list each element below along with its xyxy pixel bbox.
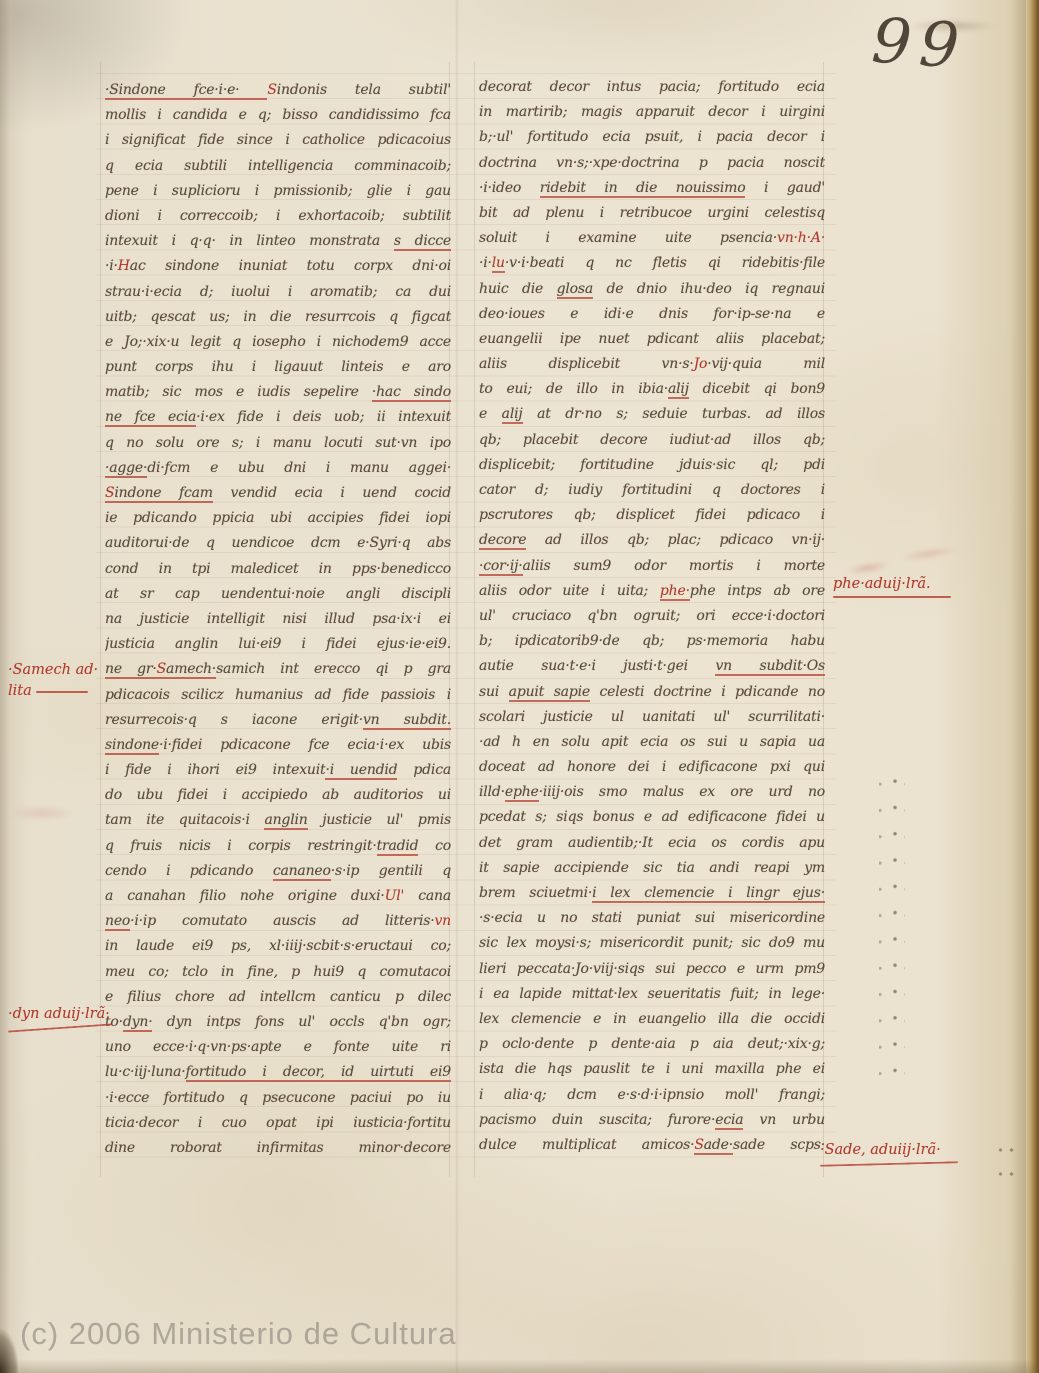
rubric-dash <box>36 691 88 693</box>
ink-text: ·vij·quia mil <box>707 356 825 372</box>
ink-text: ·s·ecia u no stati puniat sui misericord… <box>479 910 825 926</box>
column-rule-mid-b <box>474 62 475 1177</box>
ink-text: p oclo·dente p dente·aia p aia deut;·xix… <box>479 1036 825 1052</box>
ink-text: ·v·i·beati q nc fletis qi ridebitis·file <box>505 255 825 271</box>
ink-text: ticia·decor i cuo opat ipi iusticia·fort… <box>105 1115 451 1131</box>
margin-note-sade: ·Sade, aduiij·lrã· <box>820 1140 970 1165</box>
manuscript-text-line: det gram audientib;·It ecia os cordis ap… <box>479 831 825 856</box>
manuscript-text-line: pacismo duin suscita; furore·ecia vn urb… <box>479 1108 825 1133</box>
ink-text: autie sua·t·e·i justi·t·gei <box>479 658 715 674</box>
manuscript-text-line: b;·ul' fortitudo ecia psuit, i pacia dec… <box>479 125 825 150</box>
ink-text: alij <box>502 406 523 424</box>
ink-text: aliis odor uite i uita; <box>479 583 660 599</box>
ink-text: i gaud' <box>745 180 825 196</box>
manuscript-text-line: ·cor·ij·aliis sum9 odor mortis i morte <box>479 554 825 579</box>
ink-text: do ubu fidei i accipiedo ab auditorios u… <box>105 787 451 803</box>
manuscript-text-line: sic lex moysi·s; misericordit punit; sic… <box>479 931 825 956</box>
manuscript-text-line: decorat decor intus pacia; fortitudo eci… <box>479 75 825 100</box>
rubric-text: lu <box>492 255 505 273</box>
ink-text: ephe <box>505 784 539 802</box>
manuscript-text-line: b; ipdicatorib9·de qb; ps·memoria habu <box>479 629 825 654</box>
margin-note-samech-line2: lita <box>8 681 108 702</box>
rubric-text: phe· <box>660 583 690 601</box>
manuscript-text-line: q ecia subtili intelligencia comminacoib… <box>105 154 451 179</box>
manuscript-text-line: brem sciuetmi·i lex clemencie i lingr ej… <box>479 881 825 906</box>
manuscript-text-line: resurrecois·q s iacone erigit·vn subdit. <box>105 708 451 733</box>
ink-text: auditorui·de q uendicoe dcm e·Syri·q abs <box>105 535 451 551</box>
ink-text: i ea lapide mittat·lex seueritatis fuit;… <box>479 986 825 1002</box>
manuscript-text-line: pscrutores qb; displicet fidei pdicaco i <box>479 503 825 528</box>
ink-text: ·iiij·ois smo malus ex ore urd no <box>539 784 825 800</box>
manuscript-text-line: in martirib; magis apparuit decor i uirg… <box>479 100 825 125</box>
rubric-underline <box>833 596 951 598</box>
manuscript-text-line: at sr cap uendentui·noie angli discipli <box>105 582 451 607</box>
ink-text: ridebit in die nouissimo <box>540 180 746 198</box>
manuscript-text-line: ticia·decor i cuo opat ipi iusticia·fort… <box>105 1111 451 1136</box>
ink-text: de dnio ihu·deo iq regnaui <box>593 281 825 297</box>
manuscript-scan: { "page": { "folio_number": "99", "water… <box>0 0 1039 1373</box>
manuscript-text-line: e Jo;·xix·u legit q iosepho i nichodem9 … <box>105 330 451 355</box>
text-column-2: decorat decor intus pacia; fortitudo eci… <box>479 75 825 1158</box>
ink-text: q fruis nicis i corpis restringit· <box>105 838 377 854</box>
manuscript-text-line: ista die hqs pauslit te i uni maxilla ph… <box>479 1057 825 1082</box>
manuscript-text-line: scolari justicie ul uanitati ul' scurril… <box>479 705 825 730</box>
ink-text: cator d; iudiy fortitudini q doctores i <box>479 482 825 498</box>
prick-marks <box>879 764 905 1082</box>
ink-text: at dr·no s; seduie turbas. ad illos <box>523 406 825 422</box>
ink-text: justicia anglin lui·ei9 i fidei ejus·ie·… <box>105 636 451 652</box>
margin-note-phe: phe·aduij·lrã. <box>833 574 973 598</box>
manuscript-text-line: p oclo·dente p dente·aia p aia deut;·xix… <box>479 1032 825 1057</box>
ink-text: pdicacois scilicz humanius ad fide passi… <box>105 687 451 703</box>
ink-text: glosa <box>557 281 593 299</box>
folio-number: 99 <box>870 4 1005 86</box>
ink-text: ·i·ideo <box>479 180 540 196</box>
ink-text: dulce multiplicat amicos· <box>479 1137 694 1153</box>
ink-text: ·i·ip comutato auscis ad litteris· <box>130 913 434 929</box>
ink-text: neo <box>105 913 130 931</box>
manuscript-text-line: neo·i·ip comutato auscis ad litteris·vn <box>105 909 451 934</box>
manuscript-text-line: dine roborat infirmitas minor·decore <box>105 1136 451 1161</box>
book-edge <box>1026 0 1039 1373</box>
manuscript-text-line: e alij at dr·no s; seduie turbas. ad ill… <box>479 402 825 427</box>
ink-text: co <box>418 838 451 854</box>
manuscript-text-line: lex clemencie e in euangelio illa die oc… <box>479 1007 825 1032</box>
copyright-watermark: (c) 2006 Ministerio de Cultura <box>20 1316 457 1352</box>
ink-text: tradid <box>377 838 419 856</box>
ink-text: dyn intps fons ul' occls q'bn ogr; <box>152 1014 451 1030</box>
rubric-text: vn <box>434 913 451 929</box>
ink-text: indonis tela subtil' <box>277 82 451 98</box>
manuscript-text-line: in laude ei9 ps, xl·iiij·scbit·s·eructau… <box>105 934 451 959</box>
manuscript-text-line: cond in tpi maledicet in pps·benedicco <box>105 557 451 582</box>
manuscript-text-line: doceat ad honore dei i edificacone pxi q… <box>479 755 825 780</box>
manuscript-text-line: i alia·q; dcm e·s·d·i·ipnsio moll' frang… <box>479 1083 825 1108</box>
ink-text: ·s·ip gentili q <box>331 863 451 879</box>
ink-text: ·agge· <box>105 460 147 478</box>
ink-text: sui <box>479 684 509 700</box>
manuscript-text-line: i fide i ihori ei9 intexuit·i uendid pdi… <box>105 758 451 783</box>
margin-note-samech: ·Samech ad· lita <box>8 660 108 702</box>
manuscript-text-line: matib; sic mos e iudis sepelire ·hac sin… <box>105 380 451 405</box>
ink-text: resurrecois·q s iacone erigit· <box>105 712 363 728</box>
ink-text: sade scps· <box>733 1137 825 1153</box>
rubric-underline-long <box>820 1161 958 1167</box>
manuscript-text-line: tam ite quitacois·i anglin justicie ul' … <box>105 808 451 833</box>
manuscript-text-line: to·dyn· dyn intps fons ul' occls q'bn og… <box>105 1010 451 1035</box>
manuscript-text-line: pene i suplicioru i pmissionib; glie i g… <box>105 179 451 204</box>
ink-text: phe intps ab ore <box>690 583 825 599</box>
ink-text: vn urbu <box>743 1112 825 1128</box>
ink-text: na justicie intelligit nisi illud psa·ix… <box>105 611 451 627</box>
ink-text: ·i uendid <box>325 762 397 780</box>
ink-text: punt corps ihu i ligauut linteis e aro <box>105 359 451 375</box>
ink-text: dicebit qi bon9 <box>689 381 825 397</box>
ink-text: ista die hqs pauslit te i uni maxilla ph… <box>479 1061 825 1077</box>
ink-text: di·fcm e ubu dni i manu aggei· <box>147 460 451 476</box>
ink-text: ecia <box>715 1112 743 1130</box>
rubric-text: H <box>118 258 130 274</box>
rubric-text: Ul' <box>385 888 405 904</box>
ink-text: uitb; qescat us; in die resurrcois q fig… <box>105 309 451 325</box>
ink-text: decore <box>479 532 526 550</box>
corner-stain <box>0 1295 18 1373</box>
ink-text: meu co; tclo in fine, p hui9 q comutacoi <box>105 964 451 980</box>
ink-text: illd· <box>479 784 505 800</box>
ink-text: justicie ul' pmis <box>308 812 451 828</box>
manuscript-text-line: aliis displicebit vn·s·Jo·vij·quia mil <box>479 352 825 377</box>
ink-text: displicebit; fortitudine jduis·sic ql; p… <box>479 457 825 473</box>
manuscript-text-line: punt corps ihu i ligauut linteis e aro <box>105 355 451 380</box>
manuscript-text-line: mollis i candida e q; bisso candidissimo… <box>105 103 451 128</box>
manuscript-text-line: q fruis nicis i corpis restringit·tradid… <box>105 834 451 859</box>
ink-text: lu·c·iij·luna· <box>105 1064 186 1080</box>
ink-text: it sapie accipiende sic tia andi reapi y… <box>479 860 825 876</box>
ink-text: matib; sic mos e iudis sepelire <box>105 384 372 400</box>
ink-text: indone fcam <box>114 485 212 503</box>
ink-text: decorat decor intus pacia; fortitudo eci… <box>479 79 825 95</box>
manuscript-text-line: ne fce ecia·i·ex fide i deis uob; ii int… <box>105 405 451 430</box>
ink-text: ·i·ex fide i deis uob; ii intexuit <box>196 409 451 425</box>
ink-text: ul' cruciaco q'bn ogruit; ori ecce·i·doc… <box>479 608 825 624</box>
ink-text: ·i·fidei pdicacone fce ecia·i·ex ubis <box>159 737 451 753</box>
manuscript-text-line: illd·ephe·iiij·ois smo malus ex ore urd … <box>479 780 825 805</box>
manuscript-text-line: doctrina vn·s;·xpe·doctrina p pacia nosc… <box>479 151 825 176</box>
manuscript-text-line: ·agge·di·fcm e ubu dni i manu aggei· <box>105 456 451 481</box>
ink-text: brem sciuetmi· <box>479 885 592 901</box>
margin-note-samech-line1: ·Samech ad· <box>8 660 108 681</box>
ink-text: sic lex moysi·s; misericordit punit; sic… <box>479 935 825 951</box>
ink-text: at sr cap uendentui·noie angli discipli <box>105 586 451 602</box>
margin-note-ayn: ·dyn aduij·lrã· <box>8 1004 128 1029</box>
manuscript-text-line: na justicie intelligit nisi illud psa·ix… <box>105 607 451 632</box>
ink-text: fortitudo i decor, id uirtuti ei9 <box>186 1064 452 1082</box>
rubric-text: S <box>267 82 276 98</box>
ink-text: i significat fide since i catholice pdic… <box>105 132 451 148</box>
manuscript-text-line: dioni i correccoib; i exhortacoib; subti… <box>105 204 451 229</box>
manuscript-text-line: soluit i examine uite psencia·vn·h·A· <box>479 226 825 251</box>
ink-text: pdica <box>397 762 451 778</box>
ink-text: in martirib; magis apparuit decor i uirg… <box>479 104 825 120</box>
manuscript-text-line: to eui; de illo in ibia·alij dicebit qi … <box>479 377 825 402</box>
manuscript-text-line: decore ad illos qb; plac; pdicaco vn·ij· <box>479 528 825 553</box>
ink-text: apuit sapie <box>509 684 590 702</box>
manuscript-text-line: sindone·i·fidei pdicacone fce ecia·i·ex … <box>105 733 451 758</box>
ink-text: deo·ioues e idi·e dnis for·ip-se·na e <box>479 306 825 322</box>
manuscript-text-line: q no solu ore s; i manu locuti sut·vn ip… <box>105 431 451 456</box>
manuscript-text-line: sui apuit sapie celesti doctrine i pdica… <box>479 680 825 705</box>
ink-text: dine roborat infirmitas minor·decore <box>105 1140 451 1156</box>
rubric-text: S <box>157 661 166 679</box>
ink-text: soluit i examine uite psencia· <box>479 230 777 246</box>
manuscript-text-line: uno ecce·i·q·vn·ps·apte e fonte uite ri <box>105 1035 451 1060</box>
ink-text: huic die <box>479 281 557 297</box>
ink-text: det gram audientib;·It ecia os cordis ap… <box>479 835 825 851</box>
manuscript-text-line: displicebit; fortitudine jduis·sic ql; p… <box>479 453 825 478</box>
ink-text: in laude ei9 ps, xl·iiij·scbit·s·eructau… <box>105 938 451 954</box>
ink-text: to eui; de illo in ibia· <box>479 381 668 397</box>
ink-text: s dicce <box>394 233 451 251</box>
manuscript-text-line: autie sua·t·e·i justi·t·gei vn subdit·Os <box>479 654 825 679</box>
margin-note-samech-word: lita <box>8 681 32 702</box>
ink-text: e Jo;·xix·u legit q iosepho i nichodem9 … <box>105 334 451 350</box>
ink-text: qb; placebit decore iudiut·ad illos qb; <box>479 432 825 448</box>
ink-text: ne fce ecia <box>105 409 196 427</box>
ink-text: bit ad plenu i retribucoe urgini celesti… <box>479 205 825 221</box>
ink-text: ·hac sindo <box>372 384 451 402</box>
manuscript-text-line: intexuit i q·q· in linteo monstrata s di… <box>105 229 451 254</box>
ink-text: intexuit i q·q· in linteo monstrata <box>105 233 394 249</box>
ink-text: vendid ecia i uend cocid <box>213 485 451 501</box>
manuscript-text-line: cator d; iudiy fortitudini q doctores i <box>479 478 825 503</box>
ink-text: e <box>479 406 502 422</box>
ink-text: q ecia subtili intelligencia comminacoib… <box>105 158 451 174</box>
manuscript-text-line: Sindone fcam vendid ecia i uend cocid <box>105 481 451 506</box>
manuscript-text-line: ul' cruciaco q'bn ogruit; ori ecce·i·doc… <box>479 604 825 629</box>
parchment-crease <box>455 0 459 1373</box>
ink-text: ·cor·ij· <box>479 558 523 576</box>
ink-text: lieri peccata·Jo·viij·siqs sui pecco e u… <box>479 961 825 977</box>
manuscript-text-line: ·i·ecce fortitudo q psecucone paciui po … <box>105 1086 451 1111</box>
manuscript-text-line: euangelii ipe nuet pdicant aliis placeba… <box>479 327 825 352</box>
ink-text: i fide i ihori ei9 intexuit <box>105 762 325 778</box>
rubric-text: Jo <box>694 356 708 372</box>
manuscript-text-line: i significat fide since i catholice pdic… <box>105 128 451 153</box>
ink-text: aliis displicebit vn·s· <box>479 356 694 372</box>
ink-text: ade· <box>704 1137 733 1155</box>
manuscript-text-line: ·i·ideo ridebit in die nouissimo i gaud' <box>479 176 825 201</box>
ink-text: amech· <box>166 661 216 679</box>
ink-text: ·i·ecce fortitudo q psecucone paciui po … <box>105 1090 451 1106</box>
manuscript-text-line: huic die glosa de dnio ihu·deo iq regnau… <box>479 277 825 302</box>
ink-text: sindone <box>105 737 159 755</box>
ink-text: ne gr· <box>105 661 157 679</box>
ink-text: aliis sum9 odor mortis i morte <box>523 558 825 574</box>
rubric-text: vn·h·A· <box>777 230 825 246</box>
ink-text: lex clemencie e in euangelio illa die oc… <box>479 1011 825 1027</box>
manuscript-text-line: lieri peccata·Jo·viij·siqs sui pecco e u… <box>479 957 825 982</box>
manuscript-text-line: ne gr·Samech·samich int erecco qi p gra <box>105 657 451 682</box>
manuscript-text-line: cendo i pdicando cananeo·s·ip gentili q <box>105 859 451 884</box>
ink-text: cana <box>404 888 451 904</box>
ink-text: ad illos qb; plac; pdicaco vn·ij· <box>526 532 825 548</box>
ink-text: i alia·q; dcm e·s·d·i·ipnsio moll' frang… <box>479 1087 825 1103</box>
ink-text: doctrina vn·s;·xpe·doctrina p pacia nosc… <box>479 155 825 171</box>
ink-text: uno ecce·i·q·vn·ps·apte e fonte uite ri <box>105 1039 451 1055</box>
manuscript-text-line: ·Sindone fce·i·e· Sindonis tela subtil' <box>105 78 451 103</box>
prick-marks-lower <box>995 1138 1017 1184</box>
rubric-text: S <box>694 1137 703 1155</box>
faint-margin-smudge <box>2 796 92 830</box>
rubric-text: S <box>105 485 114 503</box>
bottom-edge-shadow <box>0 1359 1039 1373</box>
manuscript-text-line: lu·c·iij·luna·fortitudo i decor, id uirt… <box>105 1060 451 1085</box>
ink-text: scolari justicie ul uanitati ul' scurril… <box>479 709 825 725</box>
manuscript-text-line: pcedat s; siqs bonus e ad edificacone fi… <box>479 805 825 830</box>
ink-text: anglin <box>264 812 307 830</box>
manuscript-text-line: ·i·lu·v·i·beati q nc fletis qi ridebitis… <box>479 251 825 276</box>
ink-text: vn subdit·Os <box>715 658 825 676</box>
manuscript-text-line: do ubu fidei i accipiedo ab auditorios u… <box>105 783 451 808</box>
ink-text: pscrutores qb; displicet fidei pdicaco i <box>479 507 825 523</box>
ink-text: tam ite quitacois·i <box>105 812 264 828</box>
manuscript-text-line: ·ad h en solu apit ecia os sui u sapia u… <box>479 730 825 755</box>
ink-text: euangelii ipe nuet pdicant aliis placeba… <box>479 331 825 347</box>
ink-text: ie pdicando ppicia ubi accipies fidei io… <box>105 510 451 526</box>
ink-text: cendo i pdicando <box>105 863 273 879</box>
manuscript-text-line: ·s·ecia u no stati puniat sui misericord… <box>479 906 825 931</box>
ink-text: e filius chore ad intellcm canticu p dil… <box>105 989 451 1005</box>
ink-text: strau·i·ecia d; iuolui i aromatib; ca du… <box>105 284 451 300</box>
text-column-1: ·Sindone fce·i·e· Sindonis tela subtil'm… <box>105 78 451 1161</box>
manuscript-text-line: it sapie accipiende sic tia andi reapi y… <box>479 856 825 881</box>
ink-text: pcedat s; siqs bonus e ad edificacone fi… <box>479 809 825 825</box>
ink-text: a canahan filio nohe origine duxi· <box>105 888 385 904</box>
ink-text: dioni i correccoib; i exhortacoib; subti… <box>105 208 451 224</box>
ink-text: ·i· <box>479 255 492 271</box>
manuscript-text-line: dulce multiplicat amicos·Sade·sade scps· <box>479 1133 825 1158</box>
manuscript-text-line: ie pdicando ppicia ubi accipies fidei io… <box>105 506 451 531</box>
ink-text: b; ipdicatorib9·de qb; ps·memoria habu <box>479 633 825 649</box>
manuscript-text-line: justicia anglin lui·ei9 i fidei ejus·ie·… <box>105 632 451 657</box>
ink-text: i lex clemencie i lingr ejus· <box>592 885 825 903</box>
manuscript-text-line: uitb; qescat us; in die resurrcois q fig… <box>105 305 451 330</box>
ink-text: pene i suplicioru i pmissionib; glie i g… <box>105 183 451 199</box>
margin-note-phe-text: phe·aduij·lrã. <box>833 574 973 595</box>
manuscript-text-line: strau·i·ecia d; iuolui i aromatib; ca du… <box>105 280 451 305</box>
ink-text: vn subdit. <box>363 712 451 730</box>
ink-text: ·ad h en solu apit ecia os sui u sapia u… <box>479 734 825 750</box>
ink-text: doceat ad honore dei i edificacone pxi q… <box>479 759 825 775</box>
ink-text: cananeo <box>273 863 331 881</box>
manuscript-text-line: meu co; tclo in fine, p hui9 q comutacoi <box>105 960 451 985</box>
ink-text: alij <box>668 381 689 399</box>
manuscript-text-line: i ea lapide mittat·lex seueritatis fuit;… <box>479 982 825 1007</box>
ink-text: ac sindone inuniat totu corpx dni·oi <box>130 258 451 274</box>
ink-text: mollis i candida e q; bisso candidissimo… <box>105 107 451 123</box>
ink-text: cond in tpi maledicet in pps·benedicco <box>105 561 451 577</box>
ink-text: q no solu ore s; i manu locuti sut·vn ip… <box>105 435 451 451</box>
manuscript-text-line: e filius chore ad intellcm canticu p dil… <box>105 985 451 1010</box>
manuscript-text-line: auditorui·de q uendicoe dcm e·Syri·q abs <box>105 531 451 556</box>
manuscript-text-line: bit ad plenu i retribucoe urgini celesti… <box>479 201 825 226</box>
manuscript-text-line: ·i·Hac sindone inuniat totu corpx dni·oi <box>105 254 451 279</box>
ink-text: pacismo duin suscita; furore· <box>479 1112 715 1128</box>
manuscript-text-line: qb; placebit decore iudiut·ad illos qb; <box>479 428 825 453</box>
ink-text: ·Sindone fce·i·e· <box>105 82 267 100</box>
ink-text: b;·ul' fortitudo ecia psuit, i pacia dec… <box>479 129 825 145</box>
ink-text: ·i· <box>105 258 118 274</box>
margin-note-sade-text: ·Sade, aduiij·lrã· <box>820 1140 970 1161</box>
manuscript-text-line: deo·ioues e idi·e dnis for·ip-se·na e <box>479 302 825 327</box>
margin-note-ayn-text: ·dyn aduij·lrã· <box>8 1004 128 1025</box>
manuscript-text-line: aliis odor uite i uita; phe·phe intps ab… <box>479 579 825 604</box>
ink-text: celesti doctrine i pdicande no <box>590 684 825 700</box>
manuscript-text-line: pdicacois scilicz humanius ad fide passi… <box>105 683 451 708</box>
ink-text: samich int erecco qi p gra <box>216 661 451 677</box>
manuscript-text-line: a canahan filio nohe origine duxi·Ul' ca… <box>105 884 451 909</box>
